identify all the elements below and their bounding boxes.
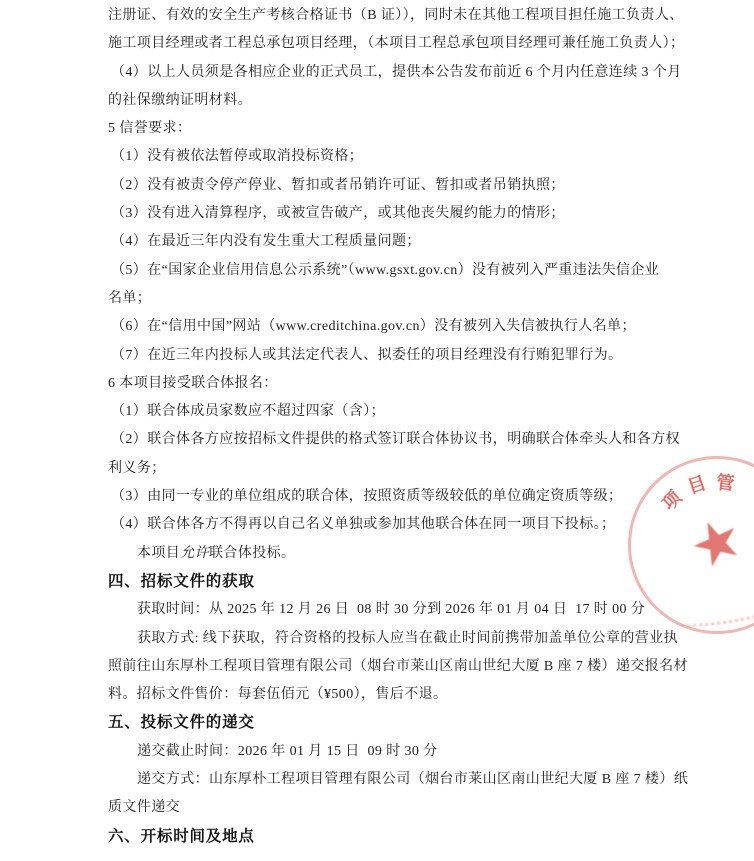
text-line: （4）在最近三年内没有发生重大工程质量问题； [108, 228, 670, 256]
text-line: 本项目允许联合体投标。 [108, 540, 670, 568]
seal-footer-arc [672, 596, 754, 632]
text-line: 获取方式: 线下获取，符合资格的投标人应当在截止时间前携带加盖单位公章的营业执 [108, 625, 670, 653]
text-segment: 本项目 [137, 546, 180, 561]
text-line: 利义务； [108, 455, 670, 483]
text-line: 质文件递交 [108, 794, 670, 822]
section-heading: 六、开标时间及地点 [108, 823, 670, 851]
document-body: 注册证、有效的安全生产考核合格证书（B 证）），同时未在其他工程项目担任施工负责… [108, 2, 670, 851]
seal-text: 管 [713, 471, 738, 496]
star-icon: ★ [679, 501, 754, 584]
text-line: （1）联合体成员家数应不超过四家（含）； [108, 398, 670, 426]
seal-text: 目 [683, 471, 711, 499]
text-line: （7）在近三年内投标人或其法定代表人、拟委任的项目经理没有行贿犯罪行为。 [108, 342, 670, 370]
text-line: 递交截止时间：2026 年 01 月 15 日 09 时 30 分 [108, 738, 670, 766]
text-line: 料。招标文件售价：每套伍佰元（¥500），售后不退。 [108, 681, 670, 709]
text-line: （1）没有被依法暂停或取消投标资格； [108, 143, 670, 171]
text-line: （2）没有被责令停产停业、暂扣或者吊销许可证、暂扣或者吊销执照； [108, 172, 670, 200]
text-line: （6）在“信用中国”网站（www.creditchina.gov.cn）没有被列… [108, 313, 670, 341]
text-line: 获取时间：从 2025 年 12 月 26 日 08 时 30 分到 2026 … [108, 596, 670, 624]
text-line: 递交方式：山东厚朴工程项目管理有限公司（烟台市莱山区南山世纪大厦 B 座 7 楼… [108, 766, 670, 794]
text-line: 的社保缴纳证明材料。 [108, 87, 670, 115]
text-line: 注册证、有效的安全生产考核合格证书（B 证）），同时未在其他工程项目担任施工负责… [108, 2, 670, 30]
text-line: 照前往山东厚朴工程项目管理有限公司（烟台市莱山区南山世纪大厦 B 座 7 楼）递… [108, 653, 670, 681]
text-line: 名单； [108, 285, 670, 313]
text-segment: 联合体投标。 [209, 546, 295, 561]
text-line: （5）在“国家企业信用信息公示系统”（www.gsxt.gov.cn）没有被列入… [108, 257, 670, 285]
emphasized-text: 允许 [180, 546, 209, 561]
text-line: 施工项目经理或者工程总承包项目经理，（本项目工程总承包项目经理可兼任施工负责人）… [108, 30, 670, 58]
text-line: （3）没有进入清算程序，或被宣告破产，或其他丧失履约能力的情形； [108, 200, 670, 228]
text-line: （2）联合体各方应按招标文件提供的格式签订联合体协议书，明确联合体牵头人和各方权 [108, 426, 670, 454]
document-page: 注册证、有效的安全生产考核合格证书（B 证）），同时未在其他工程项目担任施工负责… [0, 0, 754, 861]
text-line: 6 本项目接受联合体报名： [108, 370, 670, 398]
text-line: 5 信誉要求： [108, 115, 670, 143]
text-line: （3）由同一专业的单位组成的联合体，按照资质等级较低的单位确定资质等级； [108, 483, 670, 511]
text-line: （4）以上人员须是各相应企业的正式员工，提供本公告发布前近 6 个月内任意连续 … [108, 59, 670, 87]
section-heading: 四、招标文件的获取 [108, 568, 670, 596]
section-heading: 五、投标文件的递交 [108, 709, 670, 737]
text-line: （4）联合体各方不得再以自己名义单独或参加其他联合体在同一项目下投标。； [108, 511, 670, 539]
